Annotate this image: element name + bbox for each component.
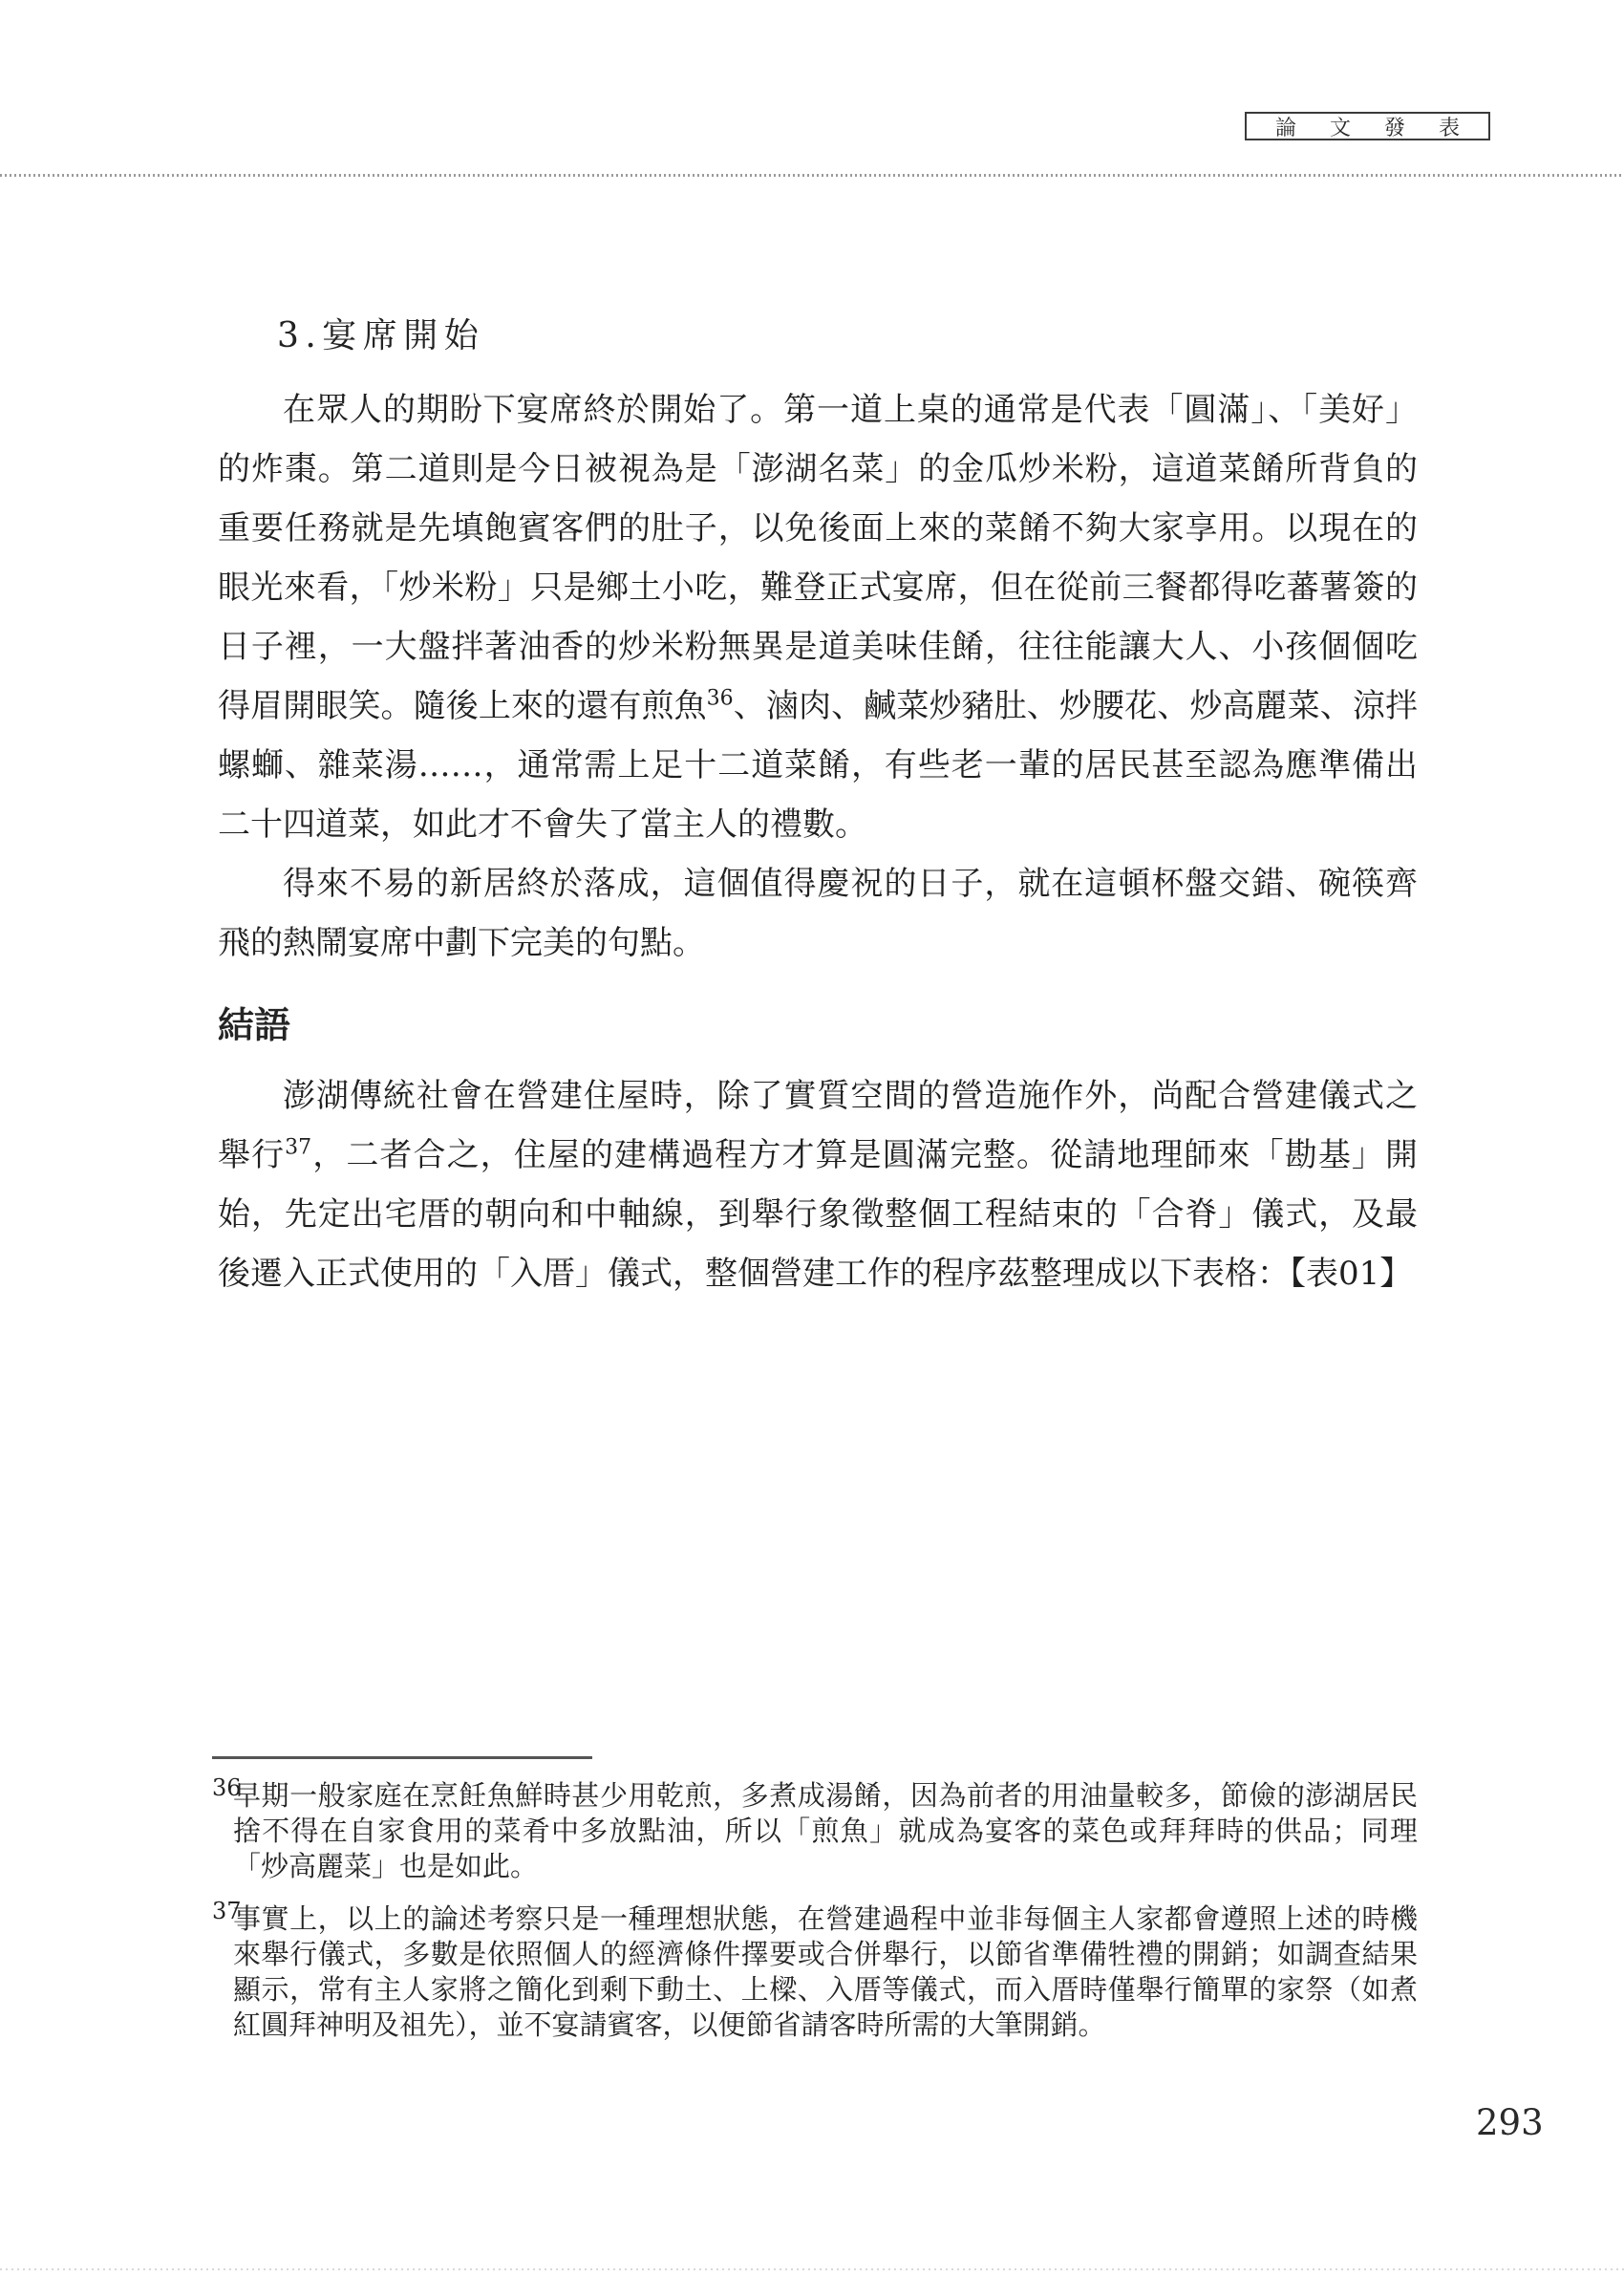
footnote-number: 37 xyxy=(212,1894,242,1929)
footnote-ref-37: 37 xyxy=(285,1136,311,1160)
footnote-text: 早期一般家庭在烹飪魚鮮時甚少用乾煎，多煮成湯餚，因為前者的用油量較多，節儉的澎湖… xyxy=(233,1779,1418,1882)
footnote-number: 36 xyxy=(212,1771,242,1806)
footnote-separator xyxy=(212,1756,592,1759)
header-title-box: 論 文 發 表 xyxy=(1245,112,1490,140)
paragraph-text: ，二者合之，住屋的建構過程方才算是圓滿完整。從請地理師來「勘基」開始，先定出宅厝… xyxy=(218,1136,1418,1293)
top-dotted-rule xyxy=(0,174,1624,177)
header-title: 論 文 發 表 xyxy=(1262,112,1473,141)
bottom-dotted-rule xyxy=(0,2268,1624,2270)
paragraph-conclusion: 澎湖傳統社會在營建住屋時，除了實質空間的營造施作外，尚配合營建儀式之舉行37，二… xyxy=(218,1066,1418,1303)
footnote-ref-36: 36 xyxy=(707,687,734,711)
footnote-item: 37 事實上，以上的論述考察只是一種理想狀態，在營建過程中並非每個主人家都會遵照… xyxy=(212,1901,1418,2043)
paragraph-closing: 得來不易的新居終於落成，這個值得慶祝的日子，就在這頓杯盤交錯、碗筷齊飛的熱鬧宴席… xyxy=(218,854,1418,973)
conclusion-heading: 結語 xyxy=(218,1003,1418,1047)
section-heading: 3.宴席開始 xyxy=(277,315,1418,357)
document-page: 論 文 發 表 3.宴席開始 在眾人的期盼下宴席終於開始了。第一道上桌的通常是代… xyxy=(0,0,1624,2277)
footnotes-section: 36 早期一般家庭在烹飪魚鮮時甚少用乾煎，多煮成湯餚，因為前者的用油量較多，節儉… xyxy=(212,1756,1418,2043)
page-number: 293 xyxy=(1476,2102,1544,2143)
paragraph-banquet: 在眾人的期盼下宴席終於開始了。第一道上桌的通常是代表「圓滿」、「美好」的炸棗。第… xyxy=(218,380,1418,854)
footnote-item: 36 早期一般家庭在烹飪魚鮮時甚少用乾煎，多煮成湯餚，因為前者的用油量較多，節儉… xyxy=(212,1778,1418,1884)
footnote-text: 事實上，以上的論述考察只是一種理想狀態，在營建過程中並非每個主人家都會遵照上述的… xyxy=(233,1902,1418,2041)
article-body: 3.宴席開始 在眾人的期盼下宴席終於開始了。第一道上桌的通常是代表「圓滿」、「美… xyxy=(218,315,1418,1303)
paragraph-text: 在眾人的期盼下宴席終於開始了。第一道上桌的通常是代表「圓滿」、「美好」的炸棗。第… xyxy=(218,391,1418,725)
